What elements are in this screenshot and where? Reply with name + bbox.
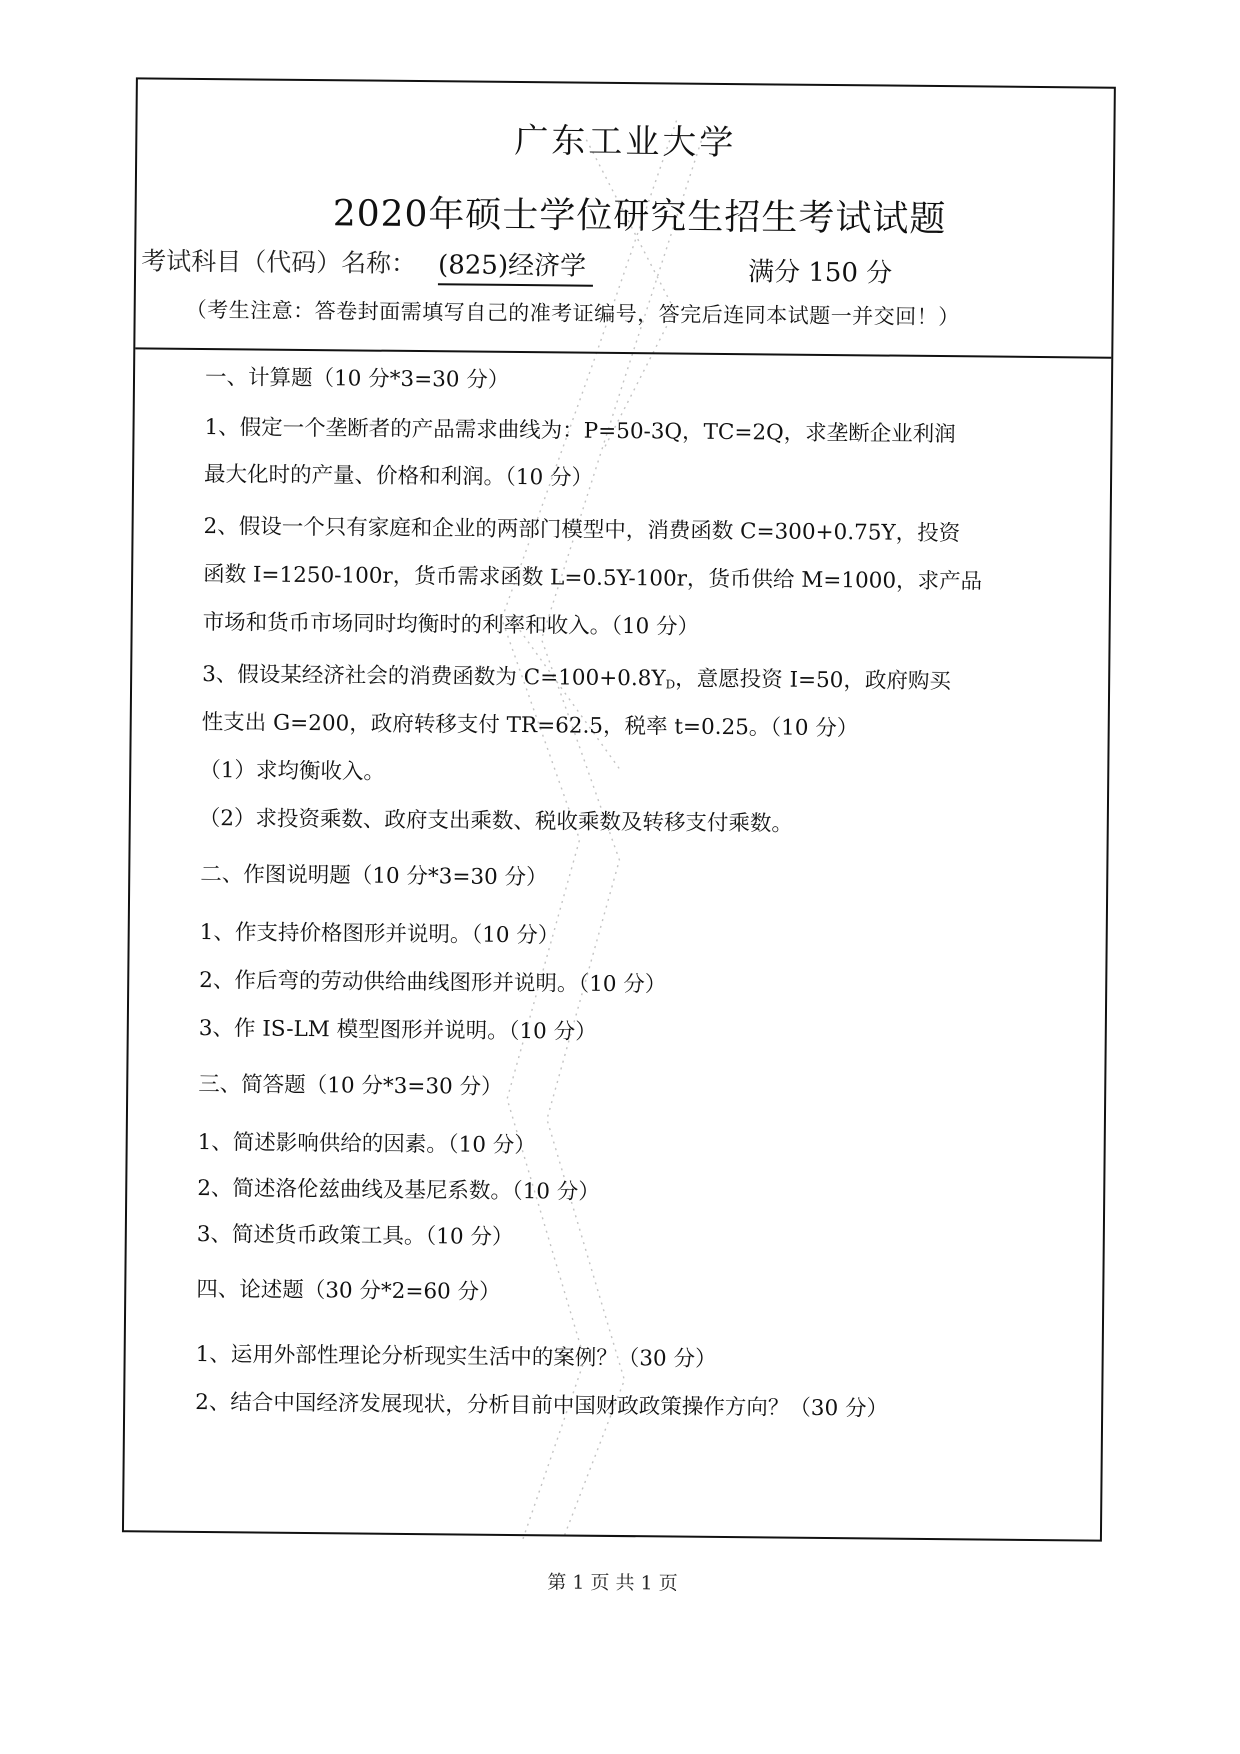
- question-line: 1、运用外部性理论分析现实生活中的案例？（30 分）: [196, 1340, 717, 1375]
- question-line: 2、作后弯的劳动供给曲线图形并说明。（10 分）: [199, 966, 666, 1000]
- question-line: 性支出 G=200，政府转移支付 TR=62.5，税率 t=0.25。（10 分…: [202, 708, 859, 744]
- sub-item: （2）求投资乘数、政府支出乘数、税收乘数及转移支付乘数。: [199, 804, 793, 840]
- exam-content: 一、计算题（10 分*3=30 分） 1、假定一个垄断者的产品需求曲线为：P=5…: [205, 360, 1065, 368]
- subject-row: 考试科目（代码）名称： (825)经济学 满分 150 分: [136, 241, 1112, 290]
- exam-page: 广东工业大学 2020年硕士学位研究生招生考试试题 考试科目（代码）名称： (8…: [0, 0, 1240, 1754]
- question-line: 2、结合中国经济发展现状，分析目前中国财政政策操作方向？（30 分）: [195, 1388, 888, 1425]
- question-line: 3、作 IS-LM 模型图形并说明。（10 分）: [199, 1014, 597, 1048]
- school-name: 广东工业大学: [137, 109, 1113, 167]
- subject-value: (825)经济学: [438, 244, 593, 286]
- section-heading-diagram: 二、作图说明题（10 分*3=30 分）: [200, 860, 548, 893]
- exam-title: 2020年硕士学位研究生招生考试试题: [166, 184, 1112, 244]
- question-line: 2、假设一个只有家庭和企业的两部门模型中，消费函数 C=300+0.75Y，投资: [203, 512, 960, 549]
- question-line: 1、作支持价格图形并说明。（10 分）: [200, 918, 560, 951]
- subscript-d: D: [665, 677, 675, 691]
- candidate-notice: （考生注意：答卷封面需填写自己的准考证编号，答完后连同本试题一并交回！）: [186, 294, 960, 331]
- question-line: 市场和货币市场同时均衡时的利率和收入。（10 分）: [203, 608, 700, 643]
- question-line: 1、假定一个垄断者的产品需求曲线为：P=50-3Q，TC=2Q，求垄断企业利润: [204, 413, 955, 450]
- header-divider: [135, 347, 1111, 358]
- question-line: 3、简述货币政策工具。（10 分）: [197, 1220, 514, 1253]
- question-line: 函数 I=1250-100r，货币需求函数 L=0.5Y-100r，货币供给 M…: [203, 560, 982, 597]
- question-text: ，意愿投资 I=50，政府购买: [675, 667, 951, 695]
- full-score: 满分 150 分: [748, 251, 893, 289]
- sub-item: （1）求均衡收入。: [199, 756, 385, 788]
- section-heading-short-answer: 三、简答题（10 分*3=30 分）: [198, 1070, 503, 1103]
- page-indicator: 第 1 页 共 1 页: [0, 1562, 1233, 1601]
- question-line: 3、假设某经济社会的消费函数为 C=100+0.8YD，意愿投资 I=50，政府…: [202, 660, 951, 702]
- question-line: 1、简述影响供给的因素。（10 分）: [198, 1128, 536, 1161]
- subject-label: 考试科目（代码）名称：: [141, 241, 416, 280]
- question-line: 最大化时的产量、价格和利润。（10 分）: [204, 460, 593, 494]
- question-text: 3、假设某经济社会的消费函数为 C=100+0.8Y: [202, 662, 666, 691]
- question-line: 2、简述洛伦兹曲线及基尼系数。（10 分）: [197, 1174, 600, 1208]
- exam-frame: 广东工业大学 2020年硕士学位研究生招生考试试题 考试科目（代码）名称： (8…: [122, 77, 1116, 1541]
- section-heading-essay: 四、论述题（30 分*2=60 分）: [196, 1275, 501, 1308]
- section-heading-calculation: 一、计算题（10 分*3=30 分）: [205, 363, 510, 396]
